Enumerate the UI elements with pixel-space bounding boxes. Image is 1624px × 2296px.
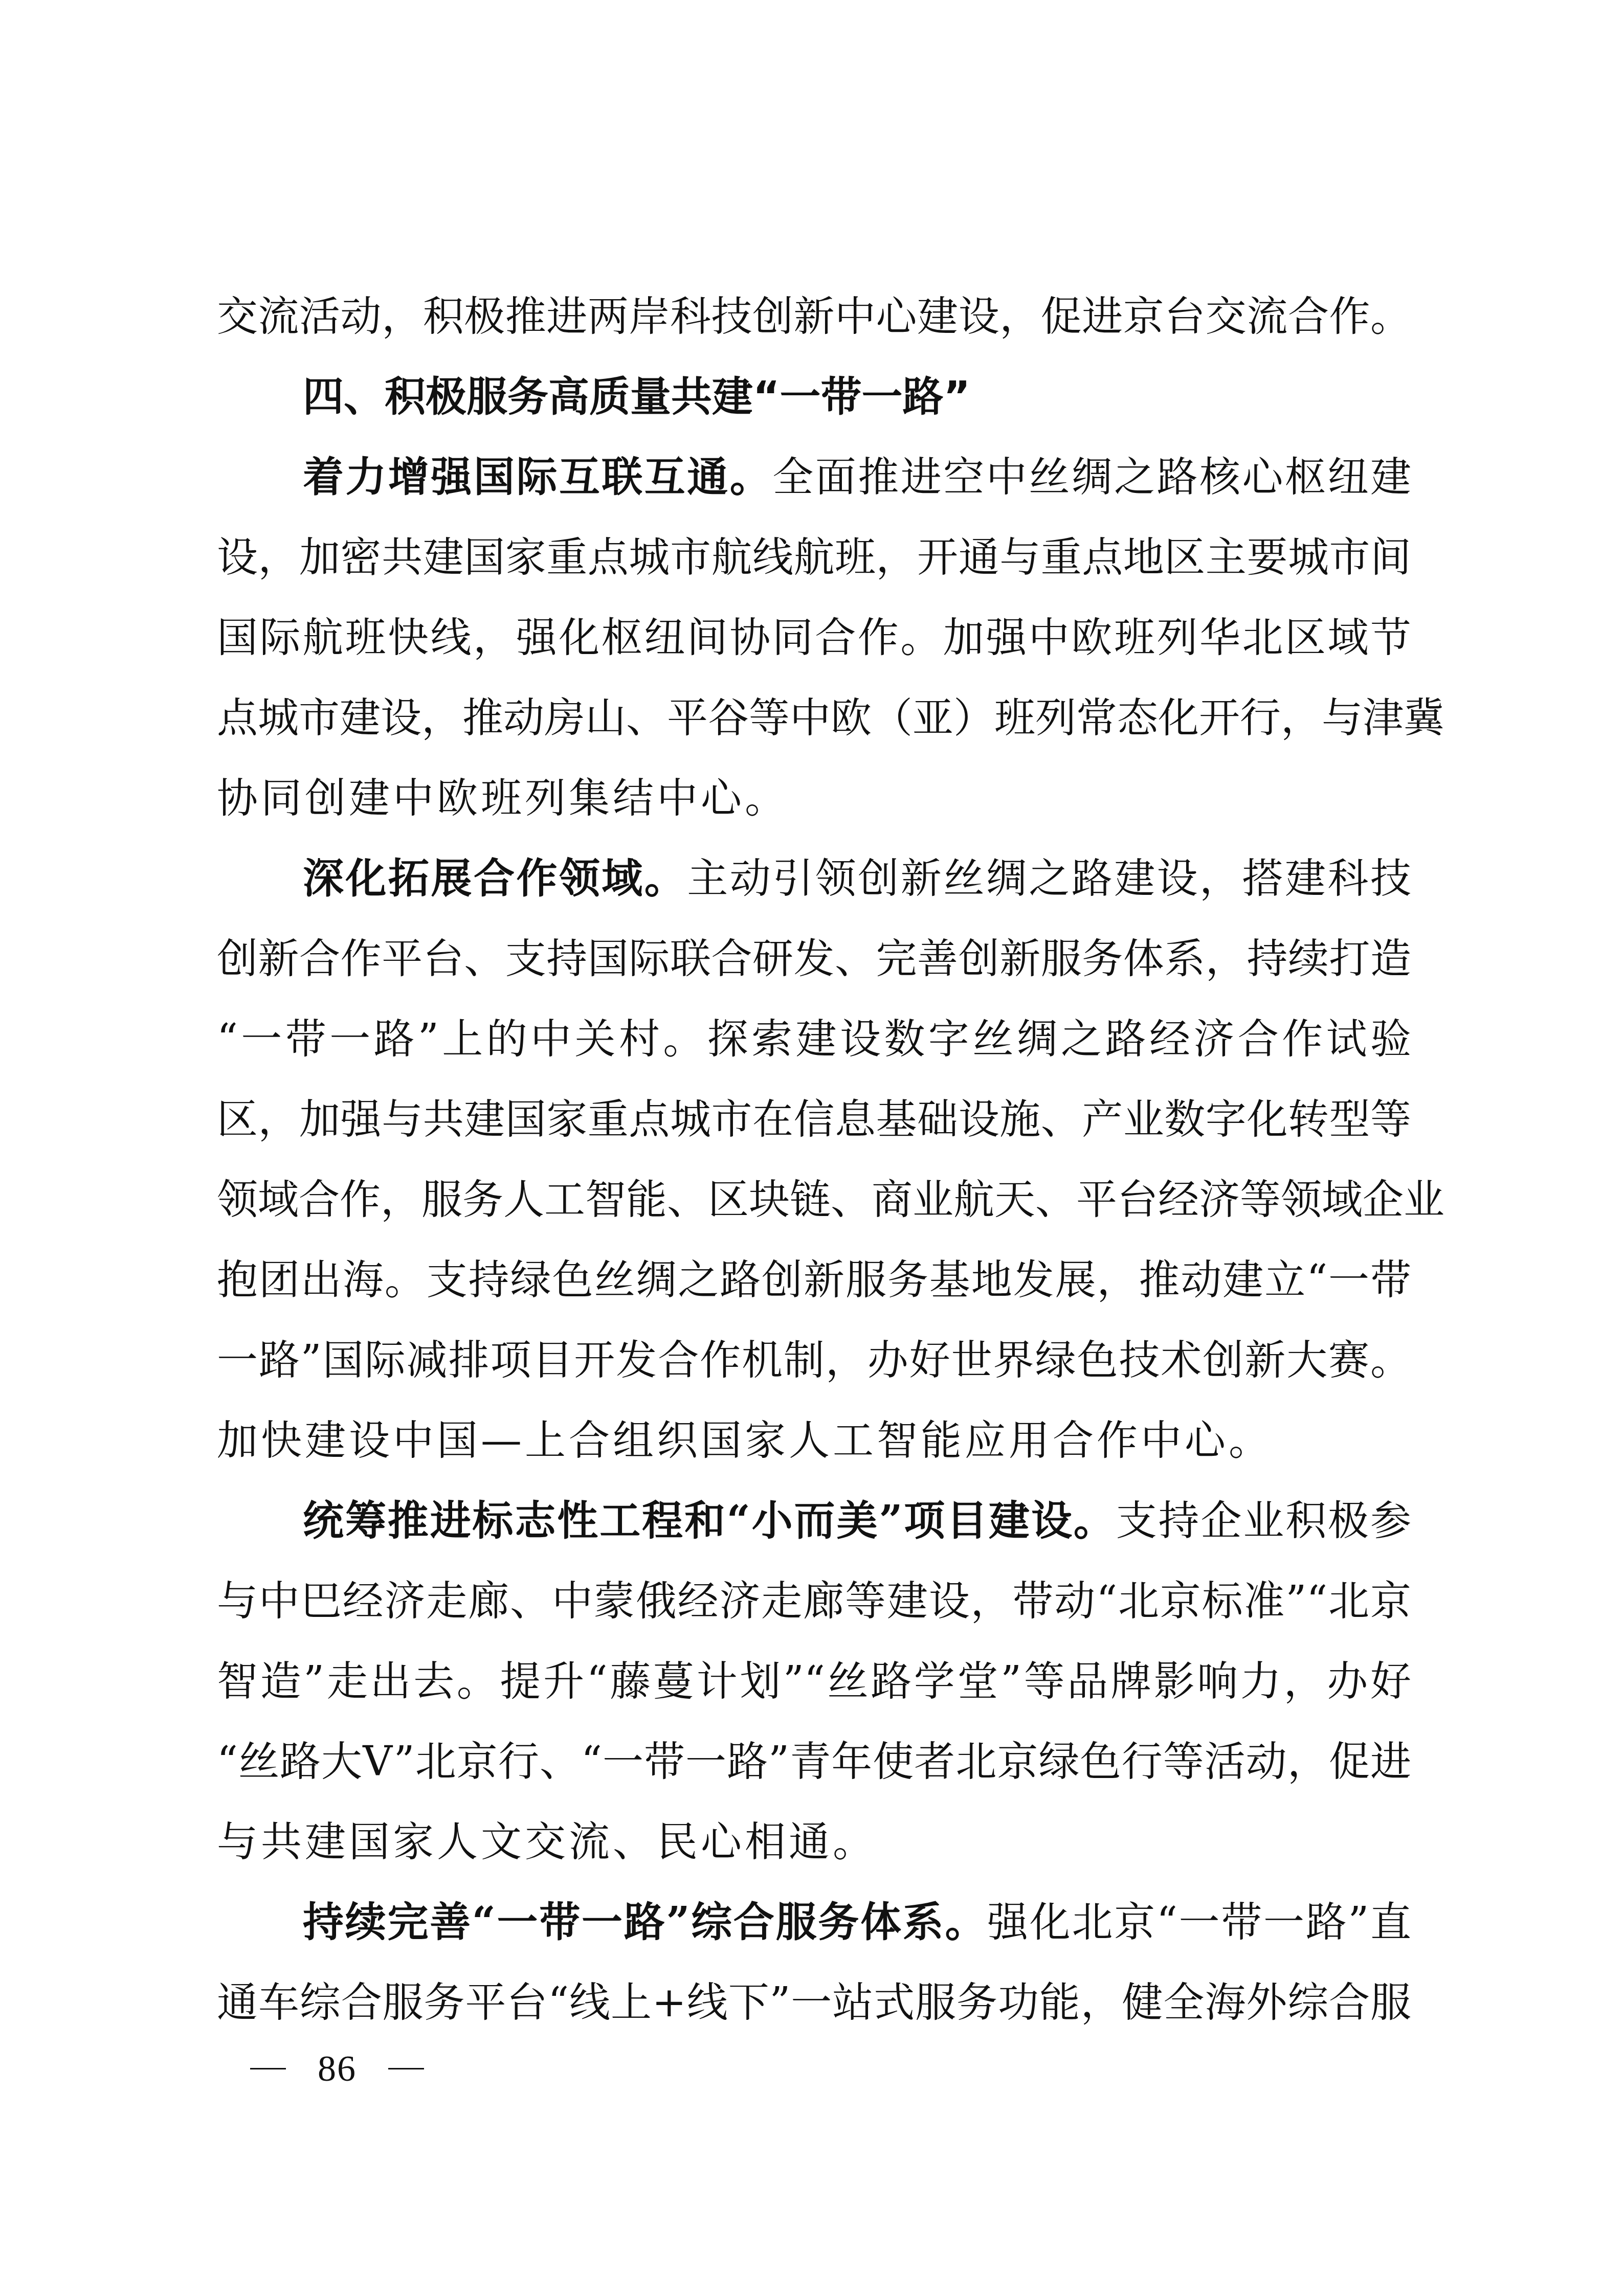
paragraph-2-lead: 深化拓展合作领域。 bbox=[303, 854, 687, 902]
paragraph-2-line-3: “一带一路”上的中关村。探索建设数字丝绸之路经济合作试验 bbox=[217, 999, 1411, 1079]
page-number: 86 bbox=[318, 2047, 357, 2090]
paragraph-2-line-7: 一路”国际减排项目开发合作机制，办好世界绿色技术创新大赛。 bbox=[217, 1320, 1411, 1400]
paragraph-2-text: 主动引领创新丝绸之路建设，搭建科技 bbox=[687, 854, 1411, 902]
paragraph-1-line-1: 着力增强国际互联互通。全面推进空中丝绸之路核心枢纽建 bbox=[217, 437, 1411, 517]
paragraph-1-lead: 着力增强国际互联互通。 bbox=[303, 453, 772, 501]
paragraph-2-line-6: 抱团出海。支持绿色丝绸之路创新服务基地发展，推动建立“一带 bbox=[217, 1240, 1411, 1320]
paragraph-4-text: 强化北京“一带一路”直 bbox=[987, 1898, 1411, 1946]
paragraph-2-line-8: 加快建设中国—上合组织国家人工智能应用合作中心。 bbox=[217, 1400, 1411, 1480]
document-page: 交流活动，积极推进两岸科技创新中心建设，促进京台交流合作。 四、积极服务高质量共… bbox=[217, 276, 1411, 2042]
paragraph-4-lead: 持续完善“一带一路”综合服务体系。 bbox=[303, 1898, 987, 1946]
paragraph-1-line-3: 国际航班快线，强化枢纽间协同合作。加强中欧班列华北区域节 bbox=[217, 597, 1411, 678]
paragraph-3-text: 支持企业积极参 bbox=[1116, 1497, 1411, 1544]
section-heading: 四、积极服务高质量共建“一带一路” bbox=[217, 356, 1411, 437]
paragraph-1-line-4: 点城市建设，推动房山、平谷等中欧（亚）班列常态化开行，与津冀 bbox=[217, 678, 1411, 758]
paragraph-2-line-5: 领域合作，服务人工智能、区块链、商业航天、平台经济等领域企业 bbox=[217, 1159, 1411, 1240]
paragraph-3-lead: 统筹推进标志性工程和“小而美”项目建设。 bbox=[303, 1496, 1116, 1544]
paragraph-3-line-1: 统筹推进标志性工程和“小而美”项目建设。支持企业积极参 bbox=[217, 1480, 1411, 1561]
paragraph-3-line-5: 与共建国家人文交流、民心相通。 bbox=[217, 1802, 1411, 1882]
paragraph-3-line-3: 智造”走出去。提升“藤蔓计划”“丝路学堂”等品牌影响力，办好 bbox=[217, 1641, 1411, 1721]
paragraph-2-line-1: 深化拓展合作领域。主动引领创新丝绸之路建设，搭建科技 bbox=[217, 838, 1411, 918]
footer-dash-left bbox=[250, 2068, 286, 2069]
paragraph-3-line-2: 与中巴经济走廊、中蒙俄经济走廊等建设，带动“北京标准”“北京 bbox=[217, 1561, 1411, 1641]
paragraph-3-line-4: “丝路大V”北京行、“一带一路”青年使者北京绿色行等活动，促进 bbox=[217, 1721, 1411, 1802]
paragraph-1-line-2: 设，加密共建国家重点城市航线航班，开通与重点地区主要城市间 bbox=[217, 517, 1411, 597]
paragraph-4-line-2: 通车综合服务平台“线上+线下”一站式服务功能，健全海外综合服 bbox=[217, 1962, 1411, 2042]
footer-dash-right bbox=[388, 2068, 424, 2069]
page-footer: 86 bbox=[250, 2048, 424, 2089]
paragraph-2-line-4: 区，加强与共建国家重点城市在信息基础设施、产业数字化转型等 bbox=[217, 1079, 1411, 1159]
paragraph-1-line-5: 协同创建中欧班列集结中心。 bbox=[217, 758, 1411, 838]
paragraph-2-line-2: 创新合作平台、支持国际联合研发、完善创新服务体系，持续打造 bbox=[217, 918, 1411, 999]
continuation-line: 交流活动，积极推进两岸科技创新中心建设，促进京台交流合作。 bbox=[217, 276, 1411, 356]
paragraph-4-line-1: 持续完善“一带一路”综合服务体系。强化北京“一带一路”直 bbox=[217, 1882, 1411, 1962]
paragraph-1-text: 全面推进空中丝绸之路核心枢纽建 bbox=[772, 453, 1411, 501]
